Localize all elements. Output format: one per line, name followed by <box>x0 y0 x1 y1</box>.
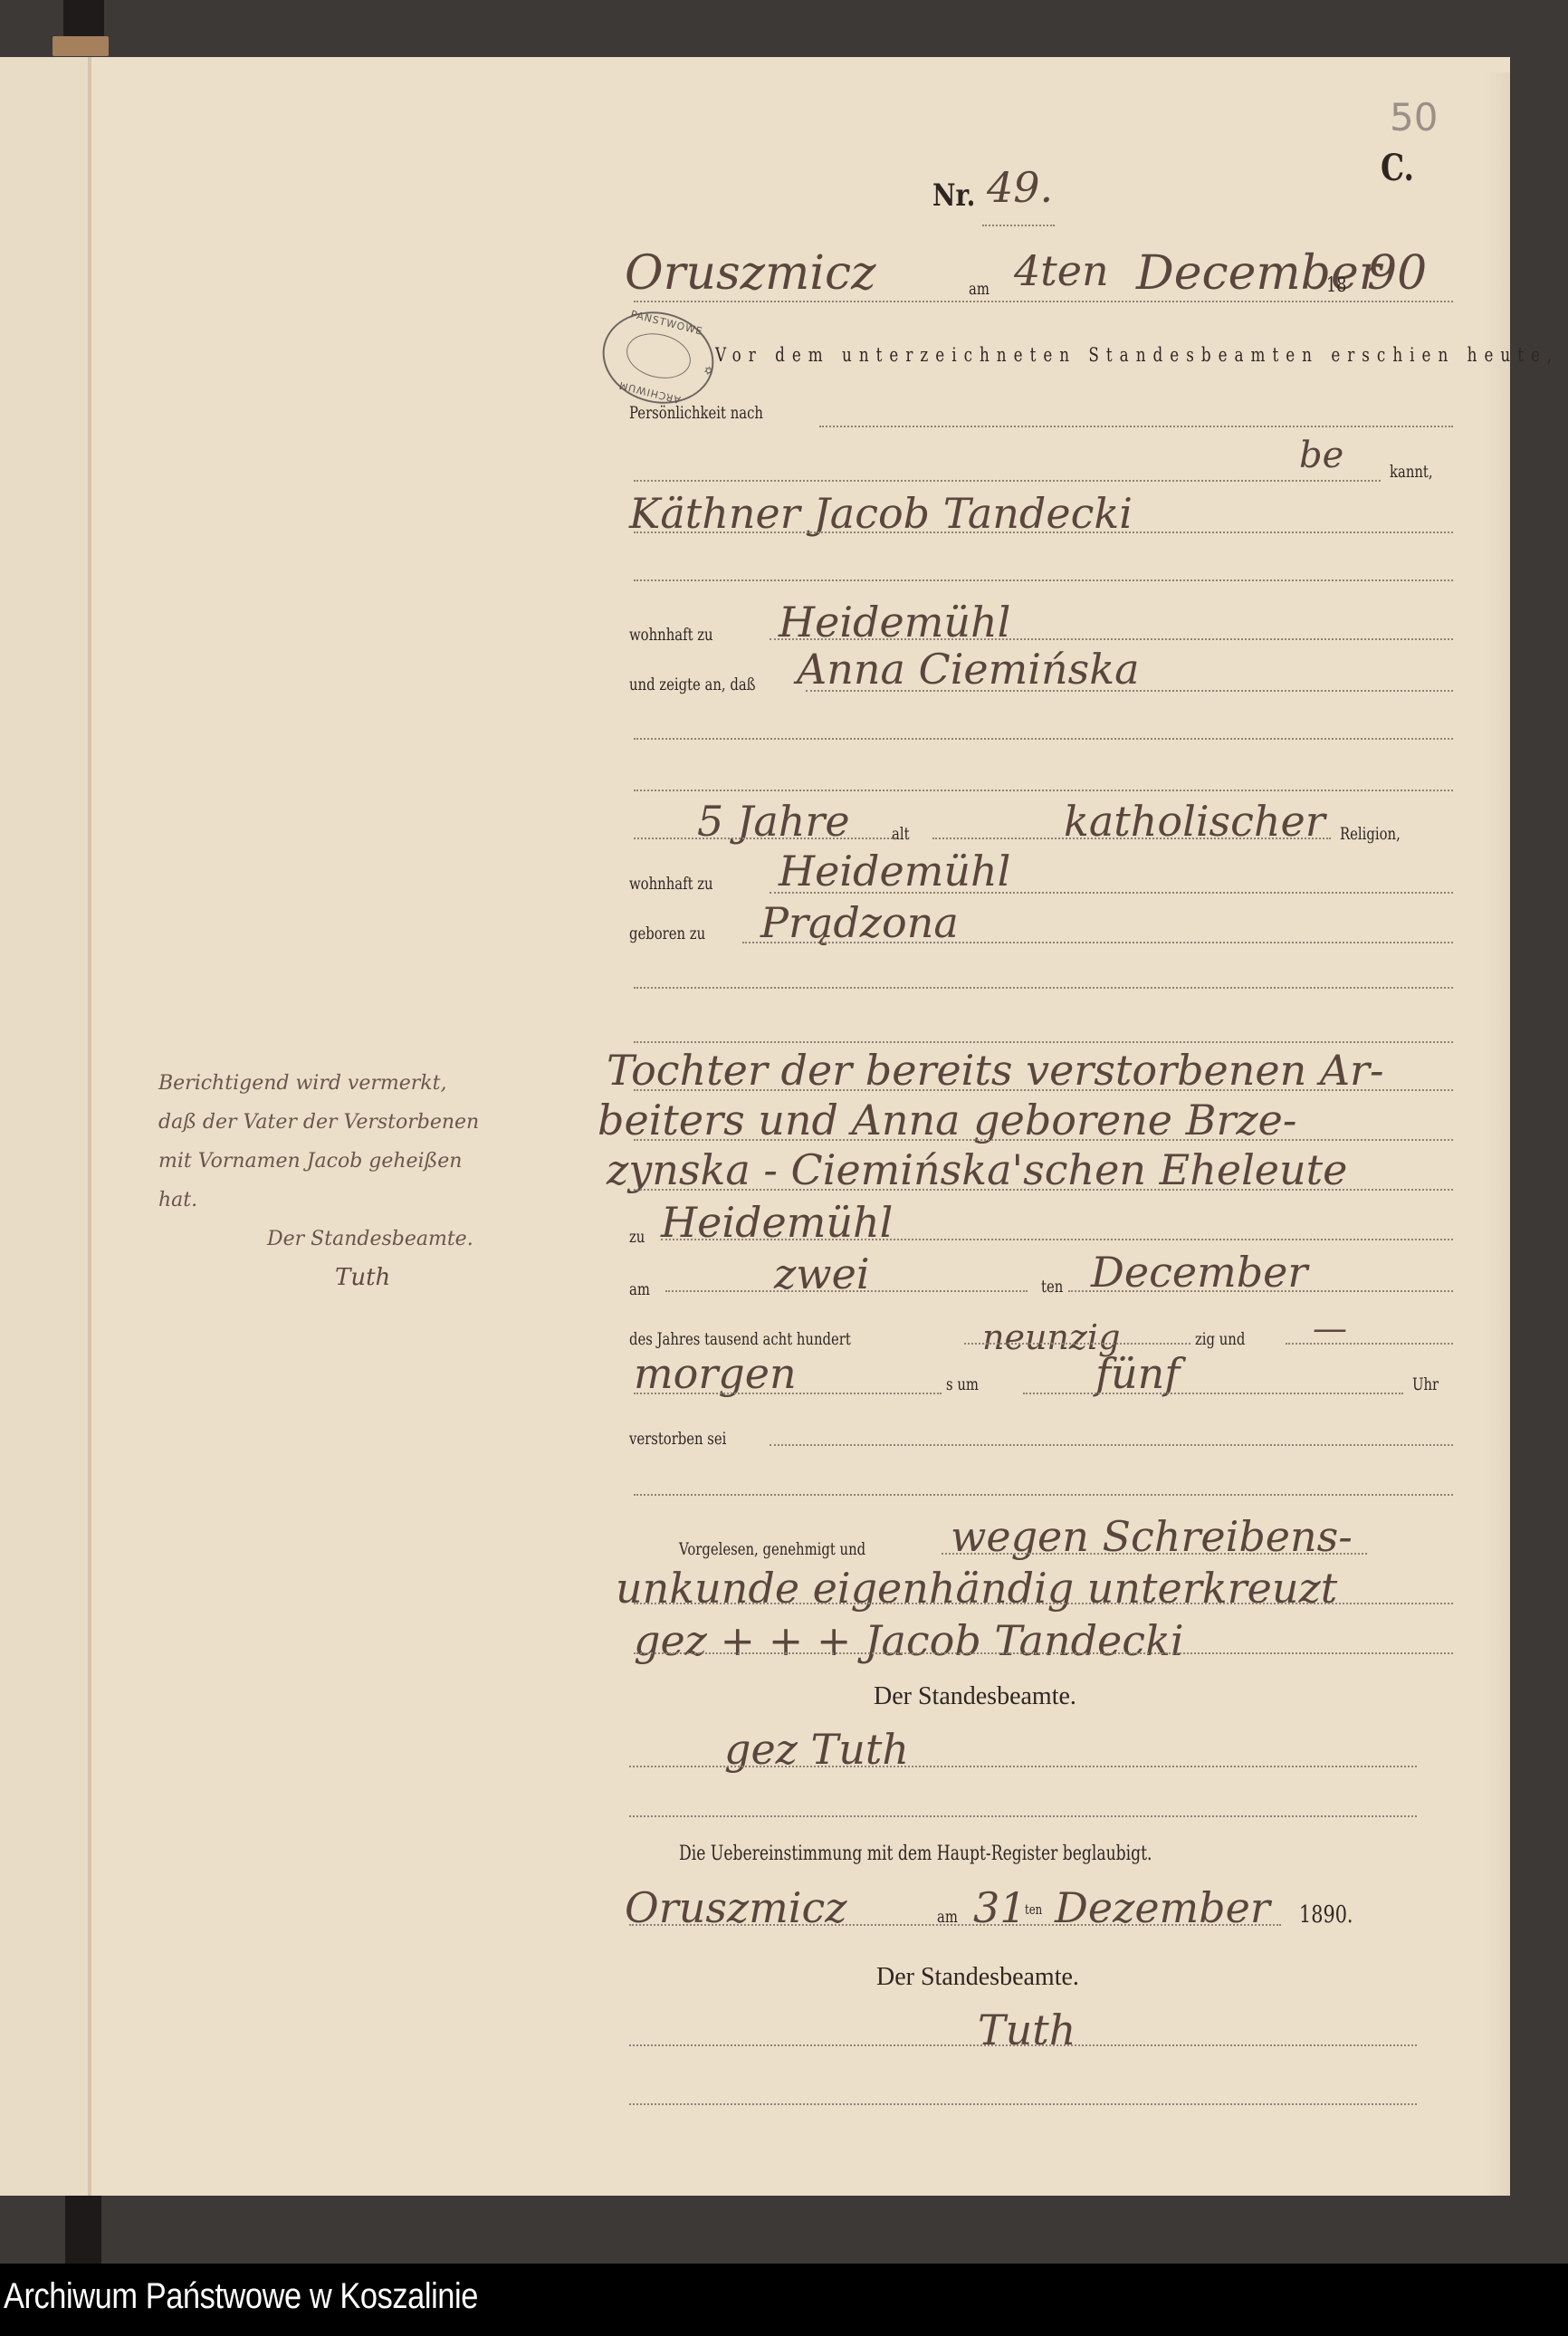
hour-label: Uhr <box>1412 1374 1439 1394</box>
parents-line-3: zynska - Ciemińska'schen Eheleute <box>607 1145 1347 1194</box>
dotted-line <box>1286 1343 1453 1345</box>
left-page-edge <box>0 57 88 2196</box>
parents-line-2: beiters und Anna geborene Brze- <box>598 1096 1296 1144</box>
dotted-line <box>942 1553 1367 1555</box>
declared-label: und zeigte an, daß <box>629 675 756 694</box>
place-value: Oruszmicz <box>625 246 876 301</box>
dotted-line <box>634 1652 1453 1654</box>
birthplace-value: Prądzona <box>760 898 959 947</box>
register-letter: C. <box>1381 147 1414 189</box>
declarant-name: Käthner Jacob Tandecki <box>629 489 1133 538</box>
book-spine-bottom <box>65 2196 101 2264</box>
archive-footer-bar: Archiwum Państwowe w Koszalinie <box>0 2264 1568 2336</box>
dotted-line <box>634 1393 942 1394</box>
official-label: Der Standesbeamte. <box>874 1682 1076 1711</box>
dotted-line <box>634 1603 1453 1604</box>
margin-note-line: Der Standesbeamte. <box>267 1220 557 1259</box>
dotted-line <box>661 1239 1453 1240</box>
dotted-line <box>964 1343 1190 1345</box>
death-day-label: am <box>629 1279 650 1299</box>
year-mid-label: zig und <box>1195 1329 1245 1349</box>
death-day-suffix: ten <box>1041 1277 1063 1297</box>
read-label: Vorgelesen, genehmigt und <box>679 1539 865 1559</box>
dotted-line <box>634 1189 1453 1191</box>
known-value: be <box>1299 435 1343 476</box>
year-label: des Jahres tausend acht hundert <box>629 1329 851 1349</box>
residence-label: wohnhaft zu <box>629 625 713 645</box>
parents-line-1: Tochter der bereits verstorbenen Ar- <box>607 1046 1384 1095</box>
dotted-line <box>932 838 1331 839</box>
margin-note-line: daß der Vater der Verstorbenen <box>158 1103 557 1142</box>
dotted-line <box>806 690 1453 692</box>
dotted-line <box>629 1815 1417 1817</box>
year-prefix: 18 <box>1326 274 1346 297</box>
death-month-value: December <box>1091 1248 1307 1297</box>
dotted-line <box>634 1041 1453 1043</box>
dotted-line <box>982 225 1055 226</box>
dotted-line <box>629 1924 1281 1926</box>
dotted-line <box>742 942 1453 943</box>
dotted-line <box>634 1139 1453 1141</box>
dotted-line <box>1068 1290 1453 1292</box>
dotted-line <box>634 838 896 839</box>
time-of-day-suffix: s um <box>946 1374 979 1394</box>
date-day-value: 4ten <box>1014 246 1109 295</box>
certification-official-label: Der Standesbeamte. <box>876 1963 1079 1992</box>
deceased-residence-label: wohnhaft zu <box>629 874 713 894</box>
year-suffix-value: 90 <box>1367 246 1427 301</box>
deceased-name: Anna Ciemińska <box>797 645 1140 694</box>
spine-binding-tab <box>53 36 109 56</box>
dotted-line <box>634 790 1453 791</box>
margin-note-line: Berichtigend wird vermerkt, <box>158 1064 557 1103</box>
identity-field <box>819 426 1453 427</box>
dotted-line <box>770 892 1453 894</box>
death-place-label: zu <box>629 1227 645 1247</box>
dotted-line <box>634 1089 1453 1091</box>
certification-text: Die Uebereinstimmung mit dem Haupt-Regis… <box>679 1843 1152 1865</box>
dotted-line <box>770 1444 1453 1446</box>
dotted-line <box>1023 1393 1403 1394</box>
known-suffix: kannt, <box>1390 462 1433 482</box>
certification-signature: Tuth <box>978 2006 1076 2054</box>
dotted-line <box>629 2103 1417 2105</box>
margin-note-signature: Tuth <box>335 1264 557 1291</box>
folio-number: 50 <box>1390 95 1438 139</box>
signature-line <box>629 2044 1417 2046</box>
signature-line <box>629 1766 1417 1767</box>
read-value-line-2: unkunde eigenhändig unterkreuzt <box>616 1564 1337 1613</box>
archive-name: Archiwum Państwowe w Koszalinie <box>4 2276 478 2317</box>
dotted-line <box>665 1290 1028 1292</box>
margin-note-line: mit Vornamen Jacob geheißen <box>158 1142 557 1181</box>
record-number-value: 49. <box>987 163 1053 212</box>
read-value-line-3: gez + + + Jacob Tandecki <box>634 1616 1184 1665</box>
dotted-line <box>634 531 1453 533</box>
identity-label: Persönlichkeit nach <box>629 403 763 423</box>
certification-year: 1890. <box>1299 1901 1353 1929</box>
record-number-label: Nr. <box>932 177 975 214</box>
dotted-line <box>770 638 1453 640</box>
dotted-line <box>634 738 1453 740</box>
hour-value: fünf <box>1095 1349 1180 1398</box>
dotted-line <box>634 1494 1453 1496</box>
page-edge-shade <box>1485 72 1510 2196</box>
deceased-residence-value: Heidemühl <box>779 847 1010 895</box>
dotted-line <box>634 987 1453 989</box>
margin-correction-note: Berichtigend wird vermerkt, daß der Vate… <box>158 1064 557 1291</box>
died-label: verstorben sei <box>629 1429 726 1449</box>
time-of-day-value: morgen <box>634 1349 797 1398</box>
religion-label: Religion, <box>1340 824 1401 844</box>
dotted-line <box>634 480 1381 482</box>
am-label: am <box>969 279 990 299</box>
dotted-line <box>634 301 1453 302</box>
birthplace-label: geboren zu <box>629 924 705 943</box>
age-label: alt <box>892 824 910 844</box>
stamp-inner-ring <box>622 327 695 385</box>
certification-day-suffix: ten <box>1025 1901 1042 1918</box>
margin-note-line: hat. <box>158 1181 557 1220</box>
intro-line: Vor dem unterzeichneten Standesbeamten e… <box>715 344 1568 366</box>
dotted-line <box>634 579 1453 581</box>
